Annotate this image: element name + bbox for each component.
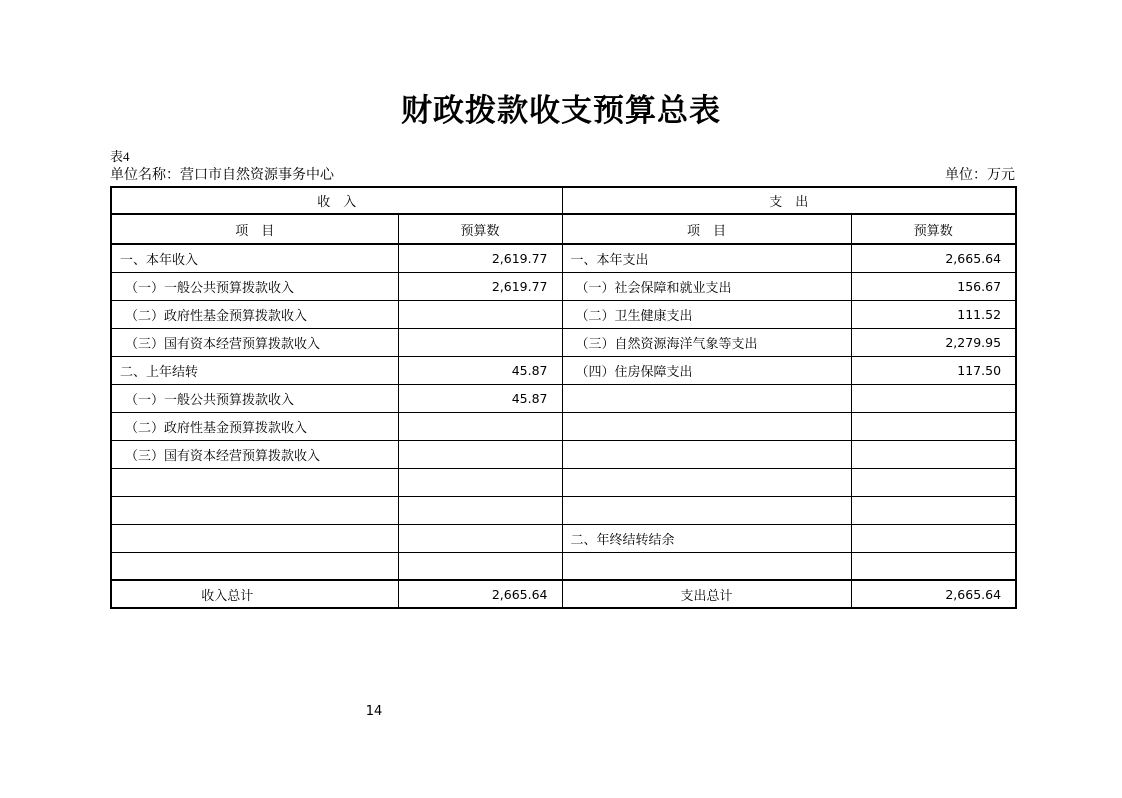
income-value-cell: 2,619.77	[398, 244, 562, 272]
table-row: （一）一般公共预算拨款收入2,619.77（一）社会保障和就业支出156.67	[111, 272, 1016, 300]
expense-value-cell: 2,665.64	[851, 244, 1016, 272]
table-row: （二）政府性基金预算拨款收入	[111, 412, 1016, 440]
table-row: 二、年终结转结余	[111, 524, 1016, 552]
table-row: 二、上年结转45.87（四）住房保障支出117.50	[111, 356, 1016, 384]
expense-item-cell	[562, 552, 851, 580]
expense-value-cell: 2,279.95	[851, 328, 1016, 356]
income-item-cell: 一、本年收入	[111, 244, 398, 272]
unit-name-label: 单位名称：	[110, 168, 180, 183]
unit-name-line: 单位名称：营口市自然资源事务中心	[110, 167, 334, 185]
table-row: （三）国有资本经营预算拨款收入	[111, 440, 1016, 468]
table-row	[111, 496, 1016, 524]
document-title: 财政拨款收支预算总表	[0, 92, 1122, 129]
expense-item-cell	[562, 412, 851, 440]
income-value-cell	[398, 552, 562, 580]
expense-item-cell: （四）住房保障支出	[562, 356, 851, 384]
income-value-cell	[398, 468, 562, 496]
budget-summary-table: 收 入 支 出 项 目 预算数 项 目 预算数 一、本年收入2,619.77一、…	[110, 186, 1017, 609]
unit-name-value: 营口市自然资源事务中心	[180, 168, 334, 183]
expense-value-cell	[851, 496, 1016, 524]
page-number: 14	[0, 704, 748, 719]
column-header-row: 项 目 预算数 项 目 预算数	[111, 214, 1016, 244]
expense-item-cell: （二）卫生健康支出	[562, 300, 851, 328]
expense-budget-header: 预算数	[851, 214, 1016, 244]
table-row: （二）政府性基金预算拨款收入（二）卫生健康支出111.52	[111, 300, 1016, 328]
table-row: 一、本年收入2,619.77一、本年支出2,665.64	[111, 244, 1016, 272]
income-value-cell	[398, 412, 562, 440]
expense-item-cell: 二、年终结转结余	[562, 524, 851, 552]
unit-of-measure: 单位：万元	[945, 167, 1015, 185]
expense-group-header: 支 出	[562, 187, 1016, 214]
income-item-cell	[111, 552, 398, 580]
income-item-cell: （三）国有资本经营预算拨款收入	[111, 440, 398, 468]
income-item-cell	[111, 496, 398, 524]
income-value-cell: 45.87	[398, 384, 562, 412]
expense-item-cell	[562, 384, 851, 412]
income-item-cell: （二）政府性基金预算拨款收入	[111, 412, 398, 440]
income-item-header: 项 目	[111, 214, 398, 244]
table-number-label: 表4	[110, 146, 130, 165]
table-row	[111, 552, 1016, 580]
expense-value-cell	[851, 552, 1016, 580]
table-head: 收 入 支 出 项 目 预算数 项 目 预算数	[111, 187, 1016, 244]
income-total-label: 收入总计	[111, 580, 398, 608]
table-foot: 收入总计 2,665.64 支出总计 2,665.64	[111, 580, 1016, 608]
unit-info-row: 单位名称：营口市自然资源事务中心 单位：万元	[110, 167, 1015, 185]
expense-item-cell	[562, 496, 851, 524]
income-item-cell: （一）一般公共预算拨款收入	[111, 384, 398, 412]
expense-item-header: 项 目	[562, 214, 851, 244]
income-value-cell	[398, 440, 562, 468]
expense-item-cell	[562, 468, 851, 496]
expense-total-label: 支出总计	[562, 580, 851, 608]
group-header-row: 收 入 支 出	[111, 187, 1016, 214]
income-item-cell: （二）政府性基金预算拨款收入	[111, 300, 398, 328]
expense-value-cell: 111.52	[851, 300, 1016, 328]
expense-value-cell	[851, 384, 1016, 412]
income-value-cell	[398, 524, 562, 552]
income-budget-header: 预算数	[398, 214, 562, 244]
income-value-cell: 45.87	[398, 356, 562, 384]
table-row: （一）一般公共预算拨款收入45.87	[111, 384, 1016, 412]
expense-item-cell: （三）自然资源海洋气象等支出	[562, 328, 851, 356]
income-item-cell	[111, 524, 398, 552]
income-value-cell	[398, 496, 562, 524]
expense-value-cell	[851, 468, 1016, 496]
expense-value-cell: 156.67	[851, 272, 1016, 300]
expense-value-cell	[851, 524, 1016, 552]
income-value-cell: 2,619.77	[398, 272, 562, 300]
expense-item-cell: 一、本年支出	[562, 244, 851, 272]
expense-total-value: 2,665.64	[851, 580, 1016, 608]
total-row: 收入总计 2,665.64 支出总计 2,665.64	[111, 580, 1016, 608]
income-value-cell	[398, 300, 562, 328]
expense-value-cell	[851, 412, 1016, 440]
expense-value-cell: 117.50	[851, 356, 1016, 384]
expense-item-cell: （一）社会保障和就业支出	[562, 272, 851, 300]
table-row	[111, 468, 1016, 496]
income-total-value: 2,665.64	[398, 580, 562, 608]
table-row: （三）国有资本经营预算拨款收入（三）自然资源海洋气象等支出2,279.95	[111, 328, 1016, 356]
income-value-cell	[398, 328, 562, 356]
income-item-cell: 二、上年结转	[111, 356, 398, 384]
expense-item-cell	[562, 440, 851, 468]
expense-value-cell	[851, 440, 1016, 468]
income-item-cell: （一）一般公共预算拨款收入	[111, 272, 398, 300]
income-item-cell	[111, 468, 398, 496]
income-item-cell: （三）国有资本经营预算拨款收入	[111, 328, 398, 356]
income-group-header: 收 入	[111, 187, 562, 214]
document-page: 财政拨款收支预算总表 表4 单位名称：营口市自然资源事务中心 单位：万元 收 入…	[0, 0, 1122, 798]
table-body: 一、本年收入2,619.77一、本年支出2,665.64（一）一般公共预算拨款收…	[111, 244, 1016, 580]
